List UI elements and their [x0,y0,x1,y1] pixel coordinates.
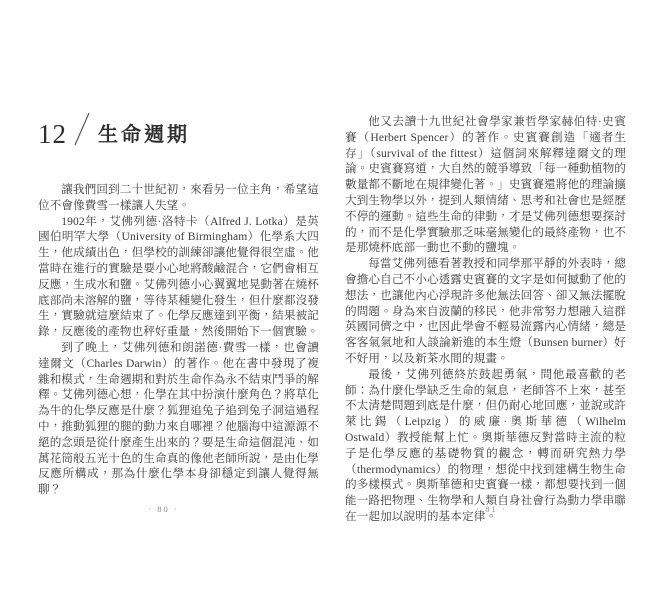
page-number-left: · 80 · [0,504,327,514]
paragraph: 1902年，艾佛列德·洛特卡（Alfred J. Lotka）是英國伯明罕大學（… [38,214,319,340]
book-spread: 12 生命週期 讓我們回到二十世紀初，來看另一位主角，希望這位不會像費雪一樣讓人… [0,0,655,609]
chapter-number: 12 [38,121,67,148]
paragraph: 每當艾佛列德看著教授和同學那平靜的外表時，總會擔心自己不小心透露史賓賽的文字是如… [345,256,626,367]
left-page: 12 生命週期 讓我們回到二十世紀初，來看另一位主角，希望這位不會像費雪一樣讓人… [38,116,319,498]
paragraph: 到了晚上，艾佛列德和朗諾德·費雪一樣，也會讀達爾文（Charles Darwin… [38,340,319,498]
paragraph: 最後，艾佛列德終於鼓起勇氣，問他最喜歡的老師：為什麼化學缺乏生命的氣息，老師答不… [345,367,626,525]
chapter-title: 生命週期 [98,123,190,145]
left-page-body: 讓我們回到二十世紀初，來看另一位主角，希望這位不會像費雪一樣讓人失望。 1902… [38,182,319,498]
paragraph: 讓我們回到二十世紀初，來看另一位主角，希望這位不會像費雪一樣讓人失望。 [38,182,319,214]
page-number-right: · 81 · [328,504,655,514]
paragraph: 他又去讀十九世紀社會學家兼哲學家赫伯特·史賓賽（Herbert Spencer）… [345,114,626,256]
right-page-body: 他又去讀十九世紀社會學家兼哲學家赫伯特·史賓賽（Herbert Spencer）… [345,114,626,525]
right-page: 他又去讀十九世紀社會學家兼哲學家赫伯特·史賓賽（Herbert Spencer）… [345,114,626,525]
chapter-heading: 12 生命週期 [38,116,319,152]
chapter-slash-icon [73,111,91,152]
